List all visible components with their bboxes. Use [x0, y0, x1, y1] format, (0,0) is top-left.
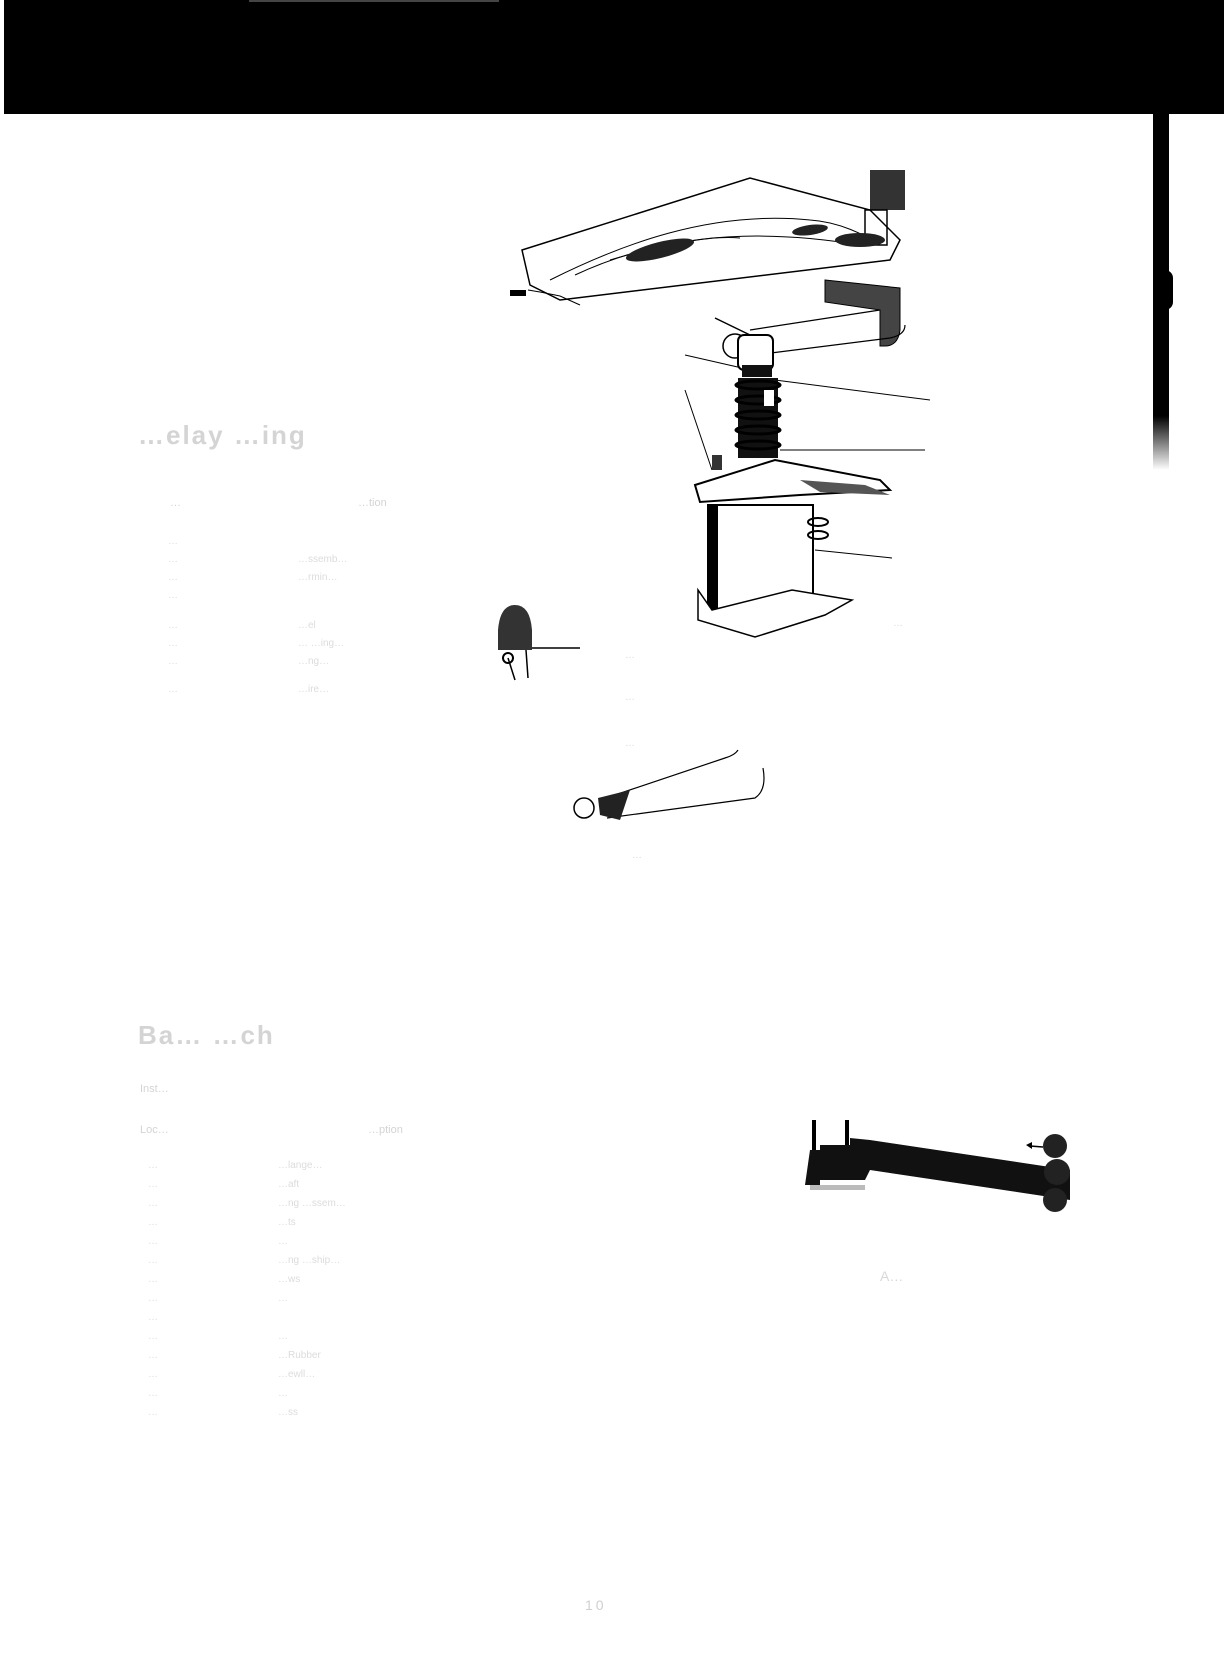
parts-row: ……ws: [148, 1274, 488, 1286]
parts-row: ……ng …ship…: [148, 1255, 488, 1267]
parts-row: ……ts: [148, 1217, 488, 1229]
parts-row: ……: [148, 1388, 488, 1400]
scan-binding-bulge: [1163, 270, 1173, 310]
parts-row: …: [148, 1312, 488, 1324]
section2-parts-list: ……lange… ……aft ……ng …ssem… ……ts …… ……ng …: [148, 1160, 488, 1430]
relay-solenoid-diagram: [480, 150, 1000, 860]
scan-black-border-top: [4, 0, 1224, 114]
parts-row: ……ire…: [168, 684, 508, 696]
parts-row: ……ssemb…: [168, 554, 508, 566]
section1-col-left-header: …: [170, 497, 181, 509]
diagram1-callout: …: [893, 618, 903, 629]
section2-col-right-header: …ption: [368, 1124, 403, 1136]
parts-row: ……ewll…: [148, 1369, 488, 1381]
parts-row: ……: [148, 1293, 488, 1305]
diagram1-callout: …: [632, 850, 642, 861]
parts-row: ……: [148, 1236, 488, 1248]
parts-row: ……Rubber: [148, 1350, 488, 1362]
parts-row: ……lange…: [148, 1160, 488, 1172]
switch-arm-diagram: [790, 1100, 1090, 1230]
parts-row: ……: [148, 1331, 488, 1343]
section2-intro: Inst…: [140, 1083, 169, 1095]
diagram1-callout: …: [625, 650, 635, 661]
parts-row: ……aft: [148, 1179, 488, 1191]
section1-heading: …elay …ing: [138, 420, 307, 451]
parts-row: ……ng …ssem…: [148, 1198, 488, 1210]
parts-row: …… …ing…: [168, 638, 508, 650]
parts-row: …: [168, 536, 508, 548]
section2-heading: Ba… …ch: [138, 1020, 275, 1051]
diagram1-callout: …: [625, 692, 635, 703]
parts-row: ……ss: [148, 1407, 488, 1419]
section2-col-left-header: Loc…: [140, 1124, 169, 1136]
diagram2-callout: A…: [880, 1268, 903, 1284]
diagram1-callout: …: [625, 738, 635, 749]
parts-row: ……el: [168, 620, 508, 632]
scan-border-notch: [249, 0, 499, 2]
section1-parts-list: … ……ssemb… ……rmin… … ……el …… …ing… ……ng……: [168, 536, 488, 706]
parts-row: ……rmin…: [168, 572, 508, 584]
section1-col-right-header: …tion: [358, 497, 387, 509]
parts-row: ……ng…: [168, 656, 508, 668]
page-number: 10: [585, 1597, 607, 1613]
parts-row: …: [168, 590, 508, 602]
